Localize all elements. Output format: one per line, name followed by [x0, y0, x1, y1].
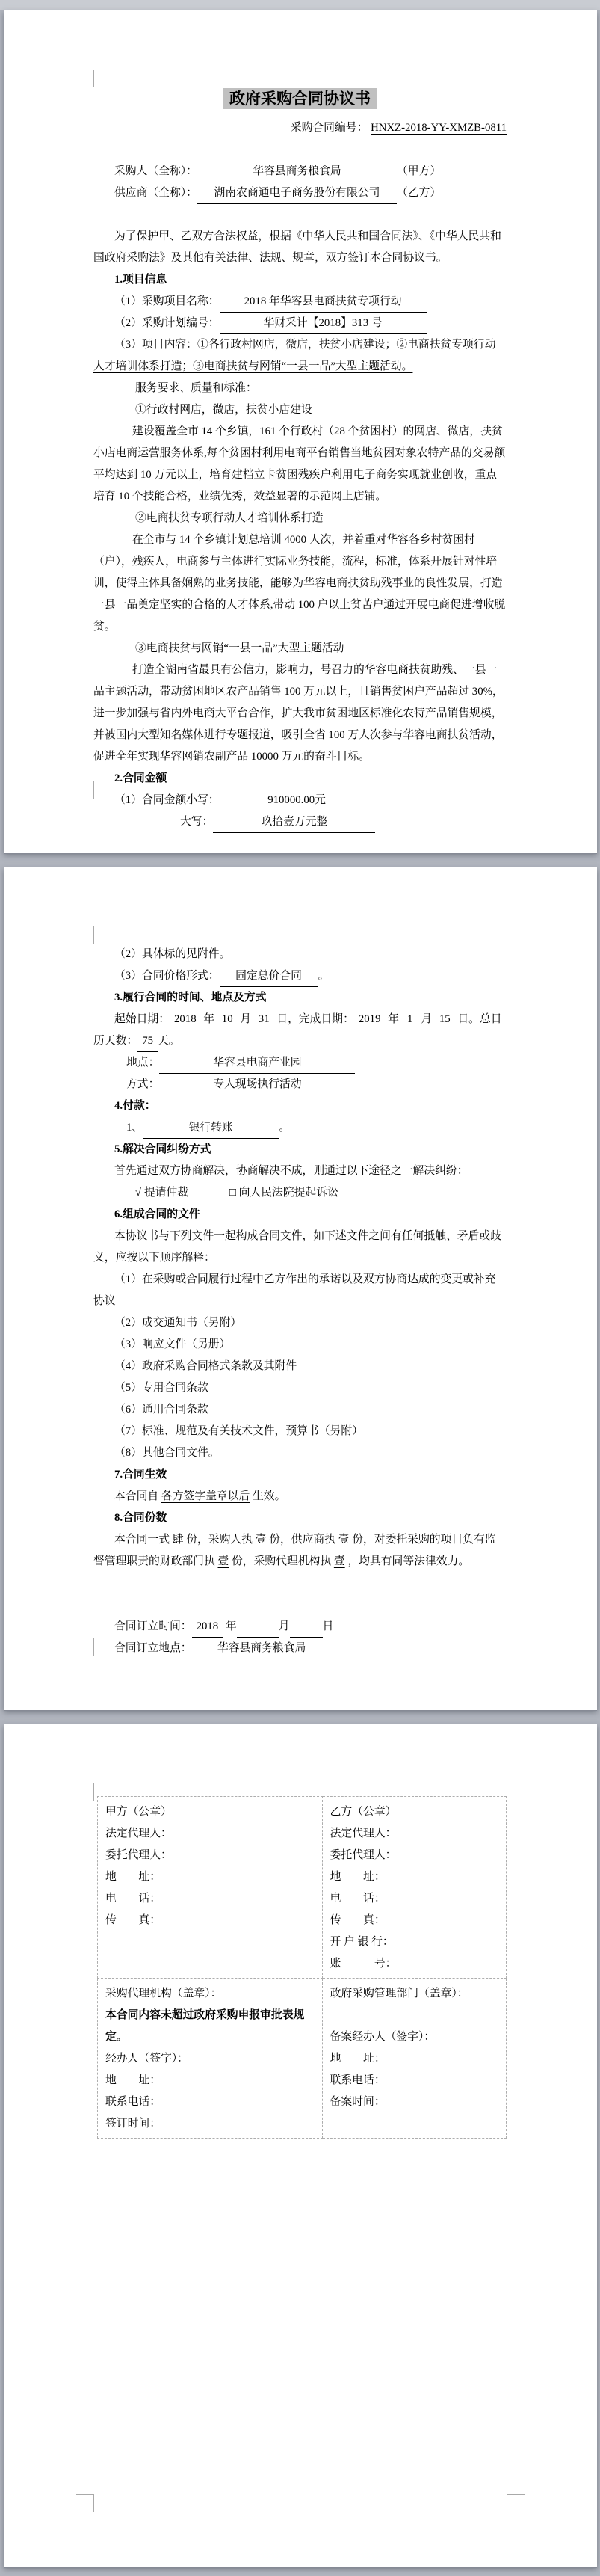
text-run: 提请仲裁 [141, 1187, 188, 1199]
procurement-agency-cell: 采购代理机构（盖章）：本合同内容未超过政府采购申报审批表规定。经办人（签字）：地… [98, 1979, 323, 2139]
doc-line: ②电商扶贫专项行动人才培训体系打造 [93, 508, 507, 529]
text-run: 日，完成日期： [274, 1013, 354, 1025]
sig-field-label: 电 话： [105, 1888, 315, 1910]
text-boundary-mark [76, 2494, 94, 2512]
doc-line: （1）采购项目名称：2018 年华容县电商扶贫专项行动 [93, 291, 507, 313]
text-run: （乙方） [397, 187, 441, 199]
doc-line: （8）其他合同文件。 [93, 1442, 507, 1464]
text-run: 起始日期： [114, 1013, 170, 1025]
text-run: ，均具有同等法律效力。 [345, 1555, 469, 1567]
sig-field-label: 联系电话： [330, 2070, 498, 2091]
copies-finance: 壹 [217, 1555, 229, 1567]
text-boundary-mark [76, 1638, 94, 1656]
procurement-authority-cell: 政府采购管理部门（盖章）：备案经办人（签字）：地 址：联系电话：备案时间： [322, 1979, 506, 2139]
text-boundary-mark [507, 926, 525, 944]
plan-number: 华财采计【2018】313 号 [220, 313, 427, 334]
doc-line: 大写：玖拾壹万元整 [93, 811, 507, 833]
text-run: （甲方） [397, 165, 441, 177]
price-form: 固定总价合同 [220, 965, 318, 987]
text-boundary-mark [76, 1783, 94, 1801]
text-run: 向人民法院提起诉讼 [236, 1187, 338, 1199]
amount-words: 玖拾壹万元整 [213, 811, 375, 833]
text-run: 月 [418, 1013, 435, 1025]
text-run: 份，采购代理机构执 [229, 1555, 334, 1567]
page-1-content: 政府采购合同协议书采购合同编号： HNXZ-2018-YY-XMZB-0811采… [93, 85, 507, 833]
text-run: 生效。 [250, 1490, 285, 1502]
copies-supplier: 壹 [338, 1534, 350, 1546]
sig-field-label [330, 2005, 498, 2026]
text-run: （3）项目内容： [114, 339, 197, 351]
text-run: 采购合同编号： [291, 122, 371, 134]
sig-field-label: 电 话： [330, 1888, 498, 1910]
doc-line: 打造全湖南省最具有公信力，影响力，号召力的华容电商扶贫助残、一县一品主题活动，带… [93, 660, 507, 768]
party-a-cell: 甲方（公章）法定代理人：委托代理人：地 址：电 话：传 真： [98, 1797, 323, 1979]
text-run: 采购人（全称）： [114, 165, 197, 177]
doc-line: 本合同自 各方签字盖章以后 生效。 [93, 1486, 507, 1507]
document-title: 政府采购合同协议书 [93, 85, 507, 112]
text-boundary-mark [76, 926, 94, 944]
end-month: 1 [402, 1009, 418, 1030]
sig-field-label: 经办人（签字）： [105, 2048, 315, 2070]
text-boundary-mark [507, 70, 525, 87]
text-run: 年 [223, 1620, 237, 1632]
text-run: 打造全湖南省最具有公信力，影响力，号召力的华容电商扶贫助残、一县一品主题活动，带… [93, 664, 504, 763]
doc-line: （2）采购计划编号：华财采计【2018】313 号 [93, 313, 507, 334]
total-days: 75 [137, 1030, 158, 1052]
contract-number-line: 采购合同编号： HNXZ-2018-YY-XMZB-0811 [93, 117, 507, 139]
copies-total: 肆 [173, 1534, 184, 1546]
text-run: 份，供应商执 [267, 1534, 338, 1546]
section-6-heading: 6.组成合同的文件 [93, 1204, 507, 1226]
sig-field-label: 本合同内容未超过政府采购申报审批表规定。 [105, 2005, 315, 2048]
doc-line: 在全市与 14 个乡镇计划总培训 4000 人次，并着重对华容各乡村贫困村（户）… [93, 529, 507, 638]
doc-line: （3）响应文件（另册） [93, 1334, 507, 1356]
text-run: 5.解决合同纠纷方式 [114, 1143, 211, 1155]
text-run: ①行政村网店，微店，扶贫小店建设 [135, 404, 312, 416]
text-run: 首先通过双方协商解决，协商解决不成，则通过以下途径之一解决纠纷： [114, 1165, 468, 1177]
text-run: 本合同自 [114, 1490, 161, 1502]
dispute-options-line: √ 提请仲裁 □ 向人民法院提起诉讼 [93, 1182, 507, 1204]
text-run: 服务要求、质量和标准： [135, 382, 257, 394]
text-run: 4.付款： [114, 1100, 156, 1112]
document-viewer-canvas: { "app": { "background_color": "#b1b5be"… [0, 0, 600, 2576]
sig-field-label: 法定代理人： [105, 1823, 315, 1845]
start-year: 2018 [170, 1009, 201, 1030]
doc-line: 本合同一式 肆 份，采购人执 壹 份，供应商执 壹 份，对委托采购的项目负有监督… [93, 1529, 507, 1573]
copies-buyer: 壹 [256, 1534, 267, 1546]
sig-field-label: 政府采购管理部门（盖章）： [330, 1983, 498, 2005]
text-boundary-mark [507, 2494, 525, 2512]
text-run: （6）通用合同条款 [114, 1404, 208, 1415]
text-run: 为了保护甲、乙双方合法权益，根据《中华人民共和国合同法》、《中华人民共和国政府采… [93, 230, 501, 264]
text-run: 供应商（全称）： [114, 187, 197, 199]
text-run: 在全市与 14 个乡镇计划总培训 4000 人次，并着重对华容各乡村贫困村（户）… [93, 534, 505, 633]
doc-line: 服务要求、质量和标准： [93, 378, 507, 399]
doc-line: 地点：华容县电商产业园 [93, 1052, 507, 1074]
signing-year: 2018 [192, 1616, 223, 1638]
doc-line: 合同订立时间：2018 年 月 日 [93, 1616, 507, 1638]
doc-line: （2）成交通知书（另附） [93, 1312, 507, 1334]
text-run: （2）具体标的见附件。 [114, 948, 230, 960]
sig-field-label: 甲方（公章） [105, 1801, 315, 1823]
location: 华容县电商产业园 [159, 1052, 355, 1074]
doc-line: （4）政府采购合同格式条款及其附件 [93, 1356, 507, 1377]
doc-line: ①行政村网店，微店，扶贫小店建设 [93, 399, 507, 421]
doc-line [93, 1594, 507, 1616]
sig-field-label: 备案时间： [330, 2091, 498, 2113]
party-b-cell: 乙方（公章）法定代理人：委托代理人：地 址：电 话：传 真：开 户 银 行：账 … [322, 1797, 506, 1979]
text-boundary-mark [507, 1783, 525, 1801]
doc-line: （7）标准、规范及有关技术文件，预算书（另附） [93, 1421, 507, 1442]
text-boundary-mark [507, 1638, 525, 1656]
text-run: （3）合同价格形式： [114, 970, 220, 982]
sig-field-label: 传 真： [105, 1910, 315, 1931]
text-run: （2）采购计划编号： [114, 317, 220, 329]
text-run: 月 [238, 1013, 254, 1025]
amount-figures: 910000.00元 [220, 790, 374, 811]
doc-line [93, 204, 507, 226]
doc-line [93, 1573, 507, 1594]
doc-line: （2）具体标的见附件。 [93, 944, 507, 965]
doc-line: 建设覆盖全市 14 个乡镇，161 个行政村（28 个贫困村）的网店、微店，扶贫… [93, 421, 507, 508]
section-3-heading: 3.履行合同的时间、地点及方式 [93, 987, 507, 1009]
buyer-line: 采购人（全称）：华容县商务粮食局（甲方） [93, 161, 507, 182]
signing-place: 华容县商务粮食局 [192, 1638, 332, 1659]
page-2-content: （2）具体标的见附件。（3）合同价格形式：固定总价合同。3.履行合同的时间、地点… [93, 944, 507, 1659]
page-2: （2）具体标的见附件。（3）合同价格形式：固定总价合同。3.履行合同的时间、地点… [4, 867, 597, 1710]
end-year: 2019 [354, 1009, 386, 1030]
supplier-name: 湖南农商通电子商务股份有限公司 [197, 182, 397, 204]
text-run: 6.组成合同的文件 [114, 1208, 200, 1220]
text-run: ②电商扶贫专项行动人才培训体系打造 [135, 512, 324, 524]
project-name: 2018 年华容县电商扶贫专项行动 [220, 291, 427, 313]
sig-field-label: 采购代理机构（盖章）： [105, 1983, 315, 2005]
sig-field-label: 地 址： [105, 1866, 315, 1888]
text-boundary-mark [76, 70, 94, 87]
text-run: 月 [279, 1620, 290, 1632]
text-run: 3.履行合同的时间、地点及方式 [114, 992, 266, 1003]
checkbox-empty-icon: □ [229, 1187, 236, 1199]
doc-line: 方式：专人现场执行活动 [93, 1074, 507, 1095]
copies-agency: 壹 [334, 1555, 345, 1567]
viewer-top-strip [0, 0, 600, 10]
check-icon: √ [135, 1187, 141, 1199]
end-day: 15 [435, 1009, 455, 1030]
supplier-line: 供应商（全称）：湖南农商通电子商务股份有限公司（乙方） [93, 182, 507, 204]
text-run: 建设覆盖全市 14 个乡镇，161 个行政村（28 个贫困村）的网店、微店，扶贫… [93, 425, 505, 502]
doc-line: 1、银行转账。 [93, 1117, 507, 1139]
text-run: （1）在采购或合同履行过程中乙方作出的承诺以及双方协商达成的变更或补充协议 [93, 1273, 496, 1307]
text-run: 政府采购合同协议书 [223, 88, 377, 109]
text-run: （2）成交通知书（另附） [114, 1317, 241, 1329]
section-7-heading: 7.合同生效 [93, 1464, 507, 1486]
text-run: （1）采购项目名称： [114, 295, 220, 307]
signing-day-blank [290, 1616, 323, 1638]
spacer [188, 1182, 229, 1204]
sig-field-label: 地 址： [105, 2070, 315, 2091]
section-2-heading: 2.合同金额 [93, 768, 507, 790]
page-3: 甲方（公章）法定代理人：委托代理人：地 址：电 话：传 真：乙方（公章）法定代理… [4, 1724, 597, 2567]
text-boundary-mark [76, 781, 94, 799]
sig-field-label: 地 址： [330, 1866, 498, 1888]
text-run: （4）政府采购合同格式条款及其附件 [114, 1360, 297, 1372]
doc-line: 为了保护甲、乙双方合法权益，根据《中华人民共和国合同法》、《中华人民共和国政府采… [93, 226, 507, 269]
text-run: 合同订立时间： [114, 1620, 192, 1632]
doc-line: （5）专用合同条款 [93, 1377, 507, 1399]
text-run: 天。 [158, 1035, 180, 1047]
doc-line: 首先通过双方协商解决，协商解决不成，则通过以下途径之一解决纠纷： [93, 1161, 507, 1182]
text-run: 地点： [126, 1057, 159, 1069]
text-run: 2.合同金额 [114, 772, 167, 784]
text-run: （7）标准、规范及有关技术文件，预算书（另附） [114, 1425, 363, 1437]
sig-field-label: 地 址： [330, 2048, 498, 2070]
sig-field-label: 开 户 银 行： [330, 1931, 498, 1953]
sig-field-label: 法定代理人： [330, 1823, 498, 1845]
section-8-heading: 8.合同份数 [93, 1507, 507, 1529]
text-run: ③电商扶贫与网销“一县一品”大型主题活动 [135, 642, 344, 654]
text-run: 年 [385, 1013, 401, 1025]
text-run: 。 [279, 1122, 290, 1134]
sig-field-label: 委托代理人： [330, 1845, 498, 1866]
doc-line: 本协议书与下列文件一起构成合同文件，如下述文件之间有任何抵触、矛盾或歧义，应按以… [93, 1226, 507, 1269]
start-day: 31 [254, 1009, 274, 1030]
text-run: （3）响应文件（另册） [114, 1338, 230, 1350]
buyer-name: 华容县商务粮食局 [197, 161, 397, 182]
text-run: 。 [318, 970, 330, 982]
payment-method: 银行转账 [143, 1117, 279, 1139]
text-run: 本协议书与下列文件一起构成合同文件，如下述文件之间有任何抵触、矛盾或歧义，应按以… [93, 1230, 501, 1264]
text-run: （8）其他合同文件。 [114, 1447, 220, 1459]
section-5-heading: 5.解决合同纠纷方式 [93, 1139, 507, 1161]
text-run: 1、 [126, 1122, 143, 1134]
sig-field-label: 委托代理人： [105, 1845, 315, 1866]
page-3-content: 甲方（公章）法定代理人：委托代理人：地 址：电 话：传 真：乙方（公章）法定代理… [93, 1796, 507, 2139]
text-run: 8.合同份数 [114, 1512, 167, 1524]
signing-month-blank [237, 1616, 279, 1638]
doc-line: ③电商扶贫与网销“一县一品”大型主题活动 [93, 638, 507, 660]
doc-line: （3）项目内容：①各行政村网店，微店，扶贫小店建设；②电商扶贫专项行动人才培训体… [93, 334, 507, 378]
text-run: 份，采购人执 [184, 1534, 256, 1546]
section-1-heading: 1.项目信息 [93, 269, 507, 291]
doc-line: （6）通用合同条款 [93, 1399, 507, 1421]
section-4-heading: 4.付款： [93, 1095, 507, 1117]
text-run: 合同订立地点： [114, 1642, 192, 1654]
doc-line: （1）合同金额小写：910000.00元 [93, 790, 507, 811]
text-boundary-mark [507, 781, 525, 799]
text-run: 大写： [180, 816, 213, 828]
sig-field-label: 备案经办人（签字）： [330, 2026, 498, 2048]
doc-line: （1）在采购或合同履行过程中乙方作出的承诺以及双方协商达成的变更或补充协议 [93, 1269, 507, 1312]
text-run: 7.合同生效 [114, 1469, 167, 1481]
sig-field-label: 传 真： [330, 1910, 498, 1931]
doc-line: 合同订立地点：华容县商务粮食局 [93, 1638, 507, 1659]
text-run: 方式： [126, 1078, 159, 1090]
effective-condition: 各方签字盖章以后 [161, 1490, 250, 1502]
sig-field-label: 乙方（公章） [330, 1801, 498, 1823]
text-run: （5）专用合同条款 [114, 1382, 208, 1394]
page-1: 政府采购合同协议书采购合同编号： HNXZ-2018-YY-XMZB-0811采… [4, 10, 597, 853]
method: 专人现场执行活动 [159, 1074, 355, 1095]
text-run: （1）合同金额小写： [114, 794, 220, 806]
doc-line: （3）合同价格形式：固定总价合同。 [93, 965, 507, 987]
sig-field-label: 签订时间： [105, 2113, 315, 2135]
doc-line: 起始日期：2018 年 10 月 31 日，完成日期：2019 年 1 月 15… [93, 1009, 507, 1052]
signature-table: 甲方（公章）法定代理人：委托代理人：地 址：电 话：传 真：乙方（公章）法定代理… [97, 1796, 507, 2139]
text-run: 1.项目信息 [114, 274, 167, 286]
contract-number: HNXZ-2018-YY-XMZB-0811 [371, 122, 507, 134]
sig-field-label: 联系电话： [105, 2091, 315, 2113]
start-month: 10 [217, 1009, 238, 1030]
text-run: 本合同一式 [114, 1534, 173, 1546]
sig-field-label: 账 号： [330, 1953, 498, 1975]
text-run: 日 [323, 1620, 334, 1632]
text-run: 年 [201, 1013, 217, 1025]
doc-line [93, 139, 507, 161]
